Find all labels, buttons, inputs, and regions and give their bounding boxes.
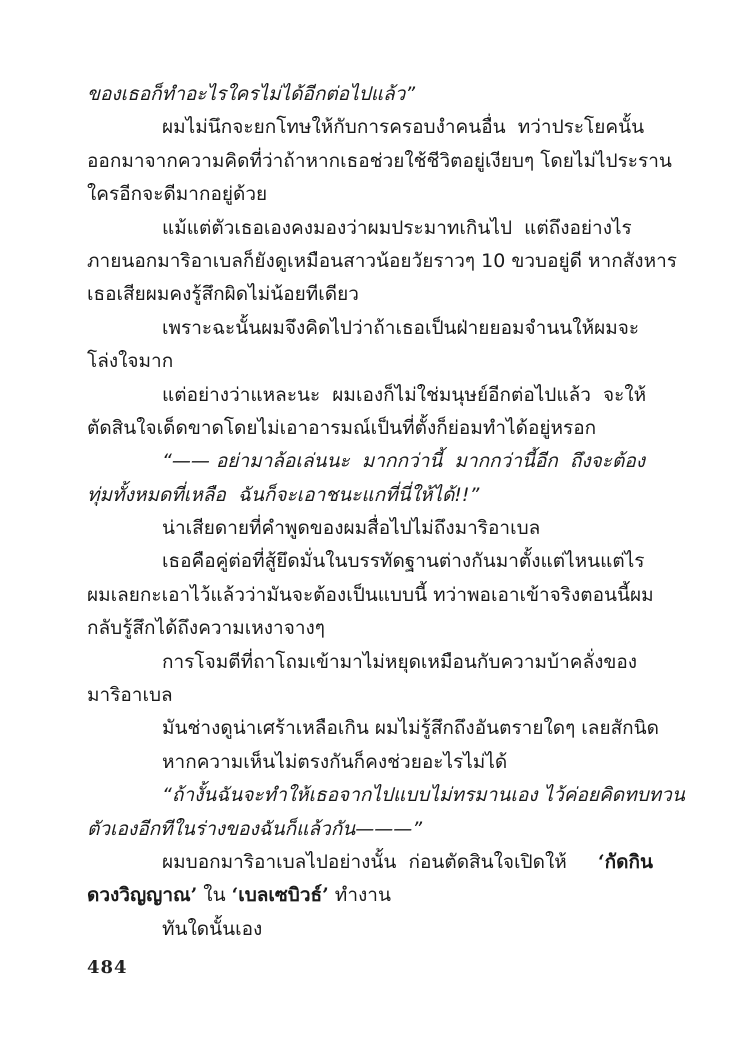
body-text: ของเธอก็ทำอะไรใครไม่ได้อีกต่อไปแล้ว” ผมไ… bbox=[87, 78, 653, 946]
line-text: ตัดสินใจเด็ดขาดโดยไม่เอาอารมณ์เป็นที่ตั้… bbox=[87, 412, 596, 445]
line-text: ของเธอก็ทำอะไรใครไม่ได้อีกต่อไปแล้ว” bbox=[87, 78, 415, 111]
text-line: ภายนอกมาริอาเบลก็ยังดูเหมือนสาวน้อยวัยรา… bbox=[87, 245, 653, 278]
line-text: ทำงาน bbox=[329, 879, 391, 912]
line-text: ใน bbox=[197, 879, 231, 912]
skill-name-bold: ‘เบลเซบิวธ์’ bbox=[232, 879, 329, 912]
line-text: ภายนอกมาริอาเบลก็ยังดูเหมือนสาวน้อยวัยรา… bbox=[87, 245, 677, 278]
page-number: 484 bbox=[87, 957, 128, 978]
line-text: ผมเลยกะเอาไว้แล้วว่ามันจะต้องเป็นแบบนี้ … bbox=[87, 579, 654, 612]
dialogue-line: “ถ้างั้นฉันจะทำให้เธอจากไปแบบไม่ทรมานเอง… bbox=[87, 779, 653, 812]
text-line: การโจมตีที่ถาโถมเข้ามาไม่หยุดเหมือนกับคว… bbox=[87, 646, 653, 679]
text-line: หากความเห็นไม่ตรงกันก็คงช่วยอะไรไม่ได้ bbox=[87, 746, 653, 779]
line-text: “—— อย่ามาล้อเล่นนะ มากกว่านี้ มากกว่านี… bbox=[162, 445, 645, 478]
text-line: ตัดสินใจเด็ดขาดโดยไม่เอาอารมณ์เป็นที่ตั้… bbox=[87, 412, 653, 445]
line-text: ผมไม่นึกจะยกโทษให้กับการครอบงำคนอื่น ทว่… bbox=[162, 111, 644, 144]
line-text: ทันใดนั้นเอง bbox=[162, 913, 262, 946]
skill-name-bold: ดวงวิญญาณ’ bbox=[87, 879, 197, 912]
dialogue-line: ตัวเองอีกทีในร่างของฉันก็แล้วกัน———” bbox=[87, 813, 653, 846]
line-text: มาริอาเบล bbox=[87, 679, 173, 712]
book-page: ของเธอก็ทำอะไรใครไม่ได้อีกต่อไปแล้ว” ผมไ… bbox=[0, 0, 738, 1051]
line-text: แม้แต่ตัวเธอเองคงมองว่าผมประมาทเกินไป แต… bbox=[162, 212, 632, 245]
text-line: ใครอีกจะดีมากอยู่ด้วย bbox=[87, 178, 653, 211]
line-text: ใครอีกจะดีมากอยู่ด้วย bbox=[87, 178, 267, 211]
text-line: เธอคือคู่ต่อที่สู้ยึดมั่นในบรรทัดฐานต่าง… bbox=[87, 545, 653, 578]
text-line: ของเธอก็ทำอะไรใครไม่ได้อีกต่อไปแล้ว” bbox=[87, 78, 653, 111]
line-text: “ถ้างั้นฉันจะทำให้เธอจากไปแบบไม่ทรมานเอง… bbox=[162, 779, 685, 812]
text-line: ทันใดนั้นเอง bbox=[87, 913, 653, 946]
text-line: กลับรู้สึกได้ถึงความเหงาจางๆ bbox=[87, 612, 653, 645]
line-text: น่าเสียดายที่คำพูดของผมสื่อไปไม่ถึงมาริอ… bbox=[162, 512, 540, 545]
line-text: เธอเสียผมคงรู้สึกผิดไม่น้อยทีเดียว bbox=[87, 278, 359, 311]
line-text: เธอคือคู่ต่อที่สู้ยึดมั่นในบรรทัดฐานต่าง… bbox=[162, 545, 645, 578]
text-line: มันช่างดูน่าเศร้าเหลือเกิน ผมไม่รู้สึกถึ… bbox=[87, 712, 653, 745]
text-line: แต่อย่างว่าแหละนะ ผมเองก็ไม่ใช่มนุษย์อีก… bbox=[87, 379, 653, 412]
text-line: ผมบอกมาริอาเบลไปอย่างนั้น ก่อนตัดสินใจเป… bbox=[87, 846, 653, 879]
line-text: หากความเห็นไม่ตรงกันก็คงช่วยอะไรไม่ได้ bbox=[162, 746, 507, 779]
dialogue-line: “—— อย่ามาล้อเล่นนะ มากกว่านี้ มากกว่านี… bbox=[87, 445, 653, 478]
text-line: ดวงวิญญาณ’ ใน ‘เบลเซบิวธ์’ ทำงาน bbox=[87, 879, 653, 912]
text-line: มาริอาเบล bbox=[87, 679, 653, 712]
text-line: เธอเสียผมคงรู้สึกผิดไม่น้อยทีเดียว bbox=[87, 278, 653, 311]
text-line: โล่งใจมาก bbox=[87, 345, 653, 378]
line-text: ออกมาจากความคิดที่ว่าถ้าหากเธอช่วยใช้ชีว… bbox=[87, 145, 672, 178]
line-text: มันช่างดูน่าเศร้าเหลือเกิน ผมไม่รู้สึกถึ… bbox=[162, 712, 659, 745]
line-text: การโจมตีที่ถาโถมเข้ามาไม่หยุดเหมือนกับคว… bbox=[162, 646, 637, 679]
line-text: ผมบอกมาริอาเบลไปอย่างนั้น ก่อนตัดสินใจเป… bbox=[162, 846, 579, 879]
dialogue-line: ทุ่มทั้งหมดที่เหลือ ฉันก็จะเอาชนะแกที่นี… bbox=[87, 479, 653, 512]
text-line: เพราะฉะนั้นผมจึงคิดไปว่าถ้าเธอเป็นฝ่ายยอ… bbox=[87, 312, 653, 345]
line-text: เพราะฉะนั้นผมจึงคิดไปว่าถ้าเธอเป็นฝ่ายยอ… bbox=[162, 312, 639, 345]
text-line: ผมเลยกะเอาไว้แล้วว่ามันจะต้องเป็นแบบนี้ … bbox=[87, 579, 653, 612]
line-text: แต่อย่างว่าแหละนะ ผมเองก็ไม่ใช่มนุษย์อีก… bbox=[162, 379, 646, 412]
skill-name-bold: ‘กัดกิน bbox=[598, 846, 653, 879]
line-text: ทุ่มทั้งหมดที่เหลือ ฉันก็จะเอาชนะแกที่นี… bbox=[87, 479, 479, 512]
line-text: ตัวเองอีกทีในร่างของฉันก็แล้วกัน———” bbox=[87, 813, 422, 846]
text-line: ออกมาจากความคิดที่ว่าถ้าหากเธอช่วยใช้ชีว… bbox=[87, 145, 653, 178]
text-line: แม้แต่ตัวเธอเองคงมองว่าผมประมาทเกินไป แต… bbox=[87, 212, 653, 245]
text-line: น่าเสียดายที่คำพูดของผมสื่อไปไม่ถึงมาริอ… bbox=[87, 512, 653, 545]
text-line: ผมไม่นึกจะยกโทษให้กับการครอบงำคนอื่น ทว่… bbox=[87, 111, 653, 144]
line-text: โล่งใจมาก bbox=[87, 345, 173, 378]
line-text: กลับรู้สึกได้ถึงความเหงาจางๆ bbox=[87, 612, 325, 645]
